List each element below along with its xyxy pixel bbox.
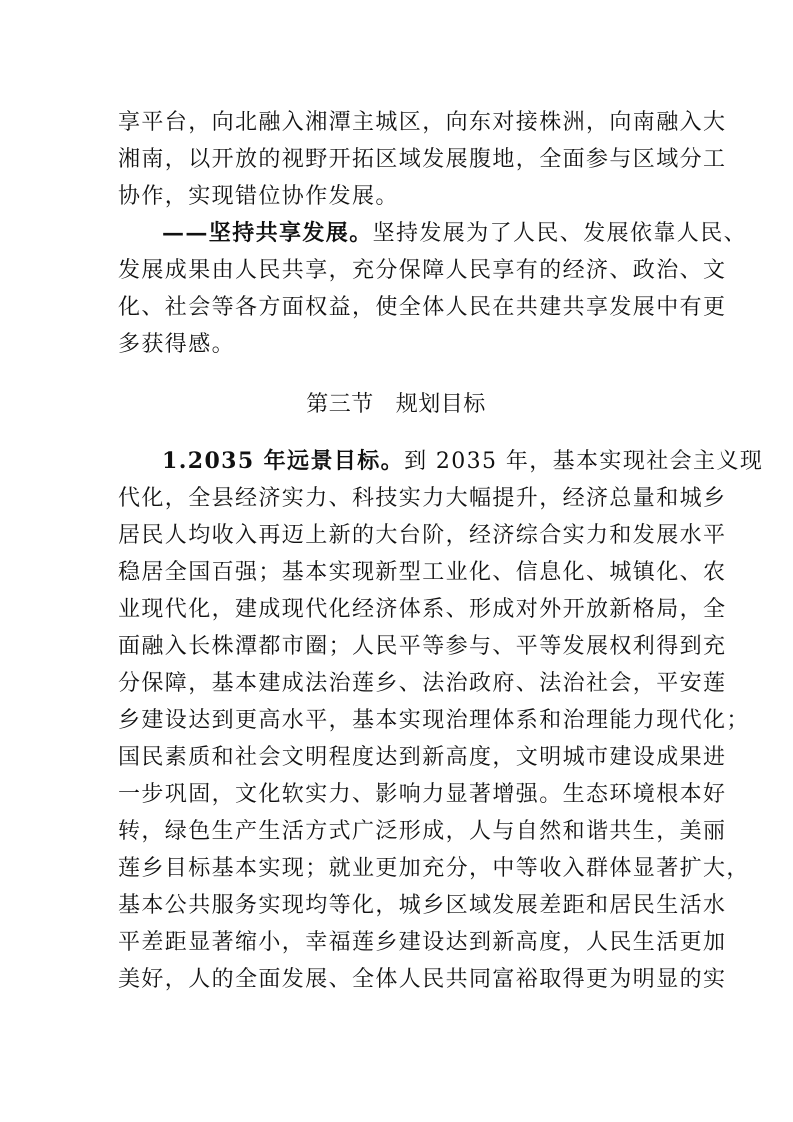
text-line: 湘南，以开放的视野开拓区域发展腹地，全面参与区域分工 — [118, 141, 674, 178]
text-line: 业现代化，建成现代化经济体系、形成对外开放新格局，全 — [118, 591, 674, 628]
text-line: 国民素质和社会文明程度达到新高度，文明城市建设成果进 — [118, 739, 674, 776]
text-line: 美好，人的全面发展、全体人民共同富裕取得更为明显的实 — [118, 961, 674, 998]
paragraph-lead-bold: ——坚持共享发展。 — [162, 220, 373, 246]
section-heading: 第三节规划目标 — [118, 386, 674, 423]
text-line: 转，绿色生产生活方式广泛形成，人与自然和谐共生，美丽 — [118, 813, 674, 850]
text-line: 代化，全县经济实力、科技实力大幅提升，经济总量和城乡 — [118, 480, 674, 517]
paragraph-text: 到 2035 年，基本实现社会主义现 — [404, 449, 763, 474]
text-line: 多获得感。 — [118, 326, 674, 363]
document-page: 享平台，向北融入湘潭主城区，向东对接株洲，向南融入大 湘南，以开放的视野开拓区域… — [118, 104, 674, 998]
text-line: 基本公共服务实现均等化，城乡区域发展差距和居民生活水 — [118, 887, 674, 924]
text-line: 稳居全国百强；基本实现新型工业化、信息化、城镇化、农 — [118, 554, 674, 591]
paragraph-lead-bold: 1.2035 年远景目标。 — [162, 448, 404, 474]
text-line: 协作，实现错位协作发展。 — [118, 178, 674, 215]
text-line: 莲乡目标基本实现；就业更加充分，中等收入群体显著扩大， — [118, 850, 674, 887]
text-line: 发展成果由人民共享，充分保障人民享有的经济、政治、文 — [118, 252, 674, 289]
text-line: 化、社会等各方面权益，使全体人民在共建共享发展中有更 — [118, 289, 674, 326]
section-title: 规划目标 — [396, 392, 486, 417]
paragraph-text: 坚持发展为了人民、发展依靠人民、 — [373, 221, 747, 246]
paragraph-open-development-continued: 享平台，向北融入湘潭主城区，向东对接株洲，向南融入大 湘南，以开放的视野开拓区域… — [118, 104, 674, 215]
text-line: 平差距显著缩小，幸福莲乡建设达到新高度，人民生活更加 — [118, 924, 674, 961]
text-line: 一步巩固，文化软实力、影响力显著增强。生态环境根本好 — [118, 776, 674, 813]
text-line: 乡建设达到更高水平，基本实现治理体系和治理能力现代化； — [118, 702, 674, 739]
text-line: 1.2035 年远景目标。到 2035 年，基本实现社会主义现 — [118, 443, 674, 480]
paragraph-shared-development: ——坚持共享发展。坚持发展为了人民、发展依靠人民、 发展成果由人民共享，充分保障… — [118, 215, 674, 363]
text-line: 居民人均收入再迈上新的大台阶，经济综合实力和发展水平 — [118, 517, 674, 554]
text-line: 享平台，向北融入湘潭主城区，向东对接株洲，向南融入大 — [118, 104, 674, 141]
text-line: ——坚持共享发展。坚持发展为了人民、发展依靠人民、 — [118, 215, 674, 252]
section-number: 第三节 — [306, 392, 374, 417]
paragraph-2035-vision: 1.2035 年远景目标。到 2035 年，基本实现社会主义现 代化，全县经济实… — [118, 443, 674, 998]
text-line: 面融入长株潭都市圈；人民平等参与、平等发展权利得到充 — [118, 628, 674, 665]
text-line: 分保障，基本建成法治莲乡、法治政府、法治社会，平安莲 — [118, 665, 674, 702]
